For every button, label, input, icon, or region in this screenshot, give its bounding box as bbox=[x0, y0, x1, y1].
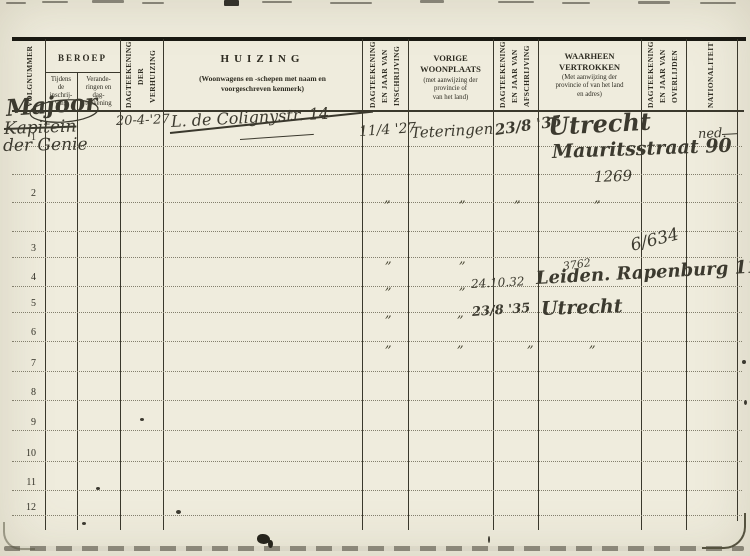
ruled-line bbox=[12, 312, 742, 313]
scan-noise bbox=[176, 510, 181, 514]
column-line bbox=[686, 39, 687, 530]
ruled-line bbox=[12, 461, 742, 462]
handwriting-beroep-der-genie: der Genie bbox=[3, 135, 88, 156]
scan-noise bbox=[6, 2, 26, 4]
table-top-rule bbox=[12, 37, 746, 41]
card-corner bbox=[702, 513, 746, 549]
ditto-mark: „ bbox=[385, 278, 392, 293]
ditto-mark: „ bbox=[514, 191, 521, 206]
scan-noise bbox=[142, 2, 164, 4]
ruled-line bbox=[12, 174, 742, 175]
row-number: 9 bbox=[10, 417, 36, 428]
scan-noise bbox=[262, 1, 292, 3]
ink-blot bbox=[268, 540, 273, 548]
column-line bbox=[408, 39, 409, 530]
row-number: 3 bbox=[10, 243, 36, 254]
handwriting-annotatie-dossier: 6/634 bbox=[629, 224, 681, 255]
scan-noise bbox=[420, 0, 444, 3]
scan-noise bbox=[498, 1, 534, 3]
handwriting-row4-afschrijving: 24.10.32 bbox=[471, 274, 525, 291]
scan-noise bbox=[488, 536, 490, 543]
strikethrough-line bbox=[240, 134, 314, 140]
handwriting-row1-waarheen-plaats: Utrecht bbox=[547, 107, 651, 141]
registration-card-scan: VOLGNUMMER BEROEP Tijdens de inschrij- v… bbox=[0, 0, 750, 556]
header-huizing-sub: (Woonwagens en -schepen met naam en voor… bbox=[163, 74, 362, 94]
scan-bottom-edge bbox=[4, 546, 744, 551]
header-vorige-woonplaats: VORIGE WOONPLAATS bbox=[408, 53, 493, 74]
ditto-mark: „ bbox=[385, 336, 392, 351]
ruled-line bbox=[12, 257, 742, 258]
header-nationaliteit: NATIONALITEIT bbox=[705, 44, 717, 108]
row-number: 12 bbox=[10, 502, 36, 513]
header-vorige-woonplaats-sub: (met aanwijzing der provincie of van het… bbox=[408, 77, 493, 102]
ditto-mark: „ bbox=[457, 306, 464, 321]
row-number: 6 bbox=[10, 327, 36, 338]
header-beroep: BEROEP bbox=[45, 53, 120, 63]
row-number: 5 bbox=[10, 298, 36, 309]
row-number: 8 bbox=[10, 387, 36, 398]
scan-noise bbox=[140, 418, 144, 421]
handwriting-row1-dossiernummer: 1269 bbox=[594, 167, 633, 186]
row-number: 11 bbox=[10, 477, 36, 488]
scan-noise bbox=[742, 360, 746, 364]
row-number: 4 bbox=[10, 272, 36, 283]
header-dagteekening-verhuizing: DAGTEEKENING DER VERHUIZING bbox=[123, 44, 159, 108]
ditto-mark: „ bbox=[384, 191, 391, 206]
ditto-mark: „ bbox=[589, 336, 596, 351]
ruled-line bbox=[12, 515, 742, 516]
ditto-mark: „ bbox=[457, 336, 464, 351]
ditto-mark: „ bbox=[459, 191, 466, 206]
ditto-mark: „ bbox=[459, 278, 466, 293]
header-dagteekening-inschrijving: DAGTEEKENING EN JAAR VAN INSCHRIJVING bbox=[367, 44, 403, 108]
ruled-line bbox=[12, 341, 742, 342]
column-line bbox=[120, 39, 121, 530]
scan-noise bbox=[638, 1, 670, 4]
scan-noise bbox=[562, 2, 590, 4]
header-waarheen-vertrokken: WAARHEEN VERTROKKEN bbox=[538, 51, 641, 72]
scan-noise bbox=[82, 522, 86, 525]
ruled-line bbox=[12, 202, 742, 203]
ruled-line bbox=[12, 371, 742, 372]
header-dagteekening-overlijden: DAGTEEKENING EN JAAR VAN OVERLIJDEN bbox=[645, 44, 681, 108]
scan-noise bbox=[330, 2, 372, 4]
ditto-mark: „ bbox=[385, 252, 392, 267]
ditto-mark: „ bbox=[459, 252, 466, 267]
beroep-subheader-rule bbox=[45, 72, 120, 73]
scan-noise bbox=[42, 1, 68, 3]
scan-noise bbox=[92, 0, 124, 3]
ruled-line bbox=[12, 286, 742, 287]
row-number: 10 bbox=[10, 448, 36, 459]
ditto-mark: „ bbox=[385, 306, 392, 321]
scan-noise bbox=[744, 400, 747, 405]
handwriting-row5-afschrijving: 23/8 '35 bbox=[471, 301, 530, 320]
ruled-line bbox=[12, 231, 742, 232]
ruled-line bbox=[12, 490, 742, 491]
ditto-mark: „ bbox=[594, 191, 601, 206]
ruled-line bbox=[12, 430, 742, 431]
scan-noise bbox=[96, 487, 100, 490]
row-number: 2 bbox=[10, 188, 36, 199]
ruled-line bbox=[12, 400, 742, 401]
scan-noise bbox=[700, 2, 736, 4]
handwriting-verhuizing-datum: 20-4-'27 bbox=[116, 112, 170, 129]
header-huizing: HUIZING bbox=[163, 53, 362, 65]
ditto-mark: „ bbox=[527, 336, 534, 351]
scan-noise bbox=[224, 0, 239, 6]
handwriting-row1-vorige-woonplaats: Teteringen bbox=[411, 120, 494, 142]
column-line bbox=[737, 39, 738, 521]
header-waarheen-vertrokken-sub: (Met aanwijzing der provincie of van het… bbox=[538, 74, 641, 99]
header-dagteekening-afschrijving: DAGTEEKENING EN JAAR VAN AFSCHRIJVING bbox=[497, 44, 533, 108]
handwriting-row5-waarheen: Utrecht bbox=[541, 295, 623, 320]
row-number: 7 bbox=[10, 358, 36, 369]
